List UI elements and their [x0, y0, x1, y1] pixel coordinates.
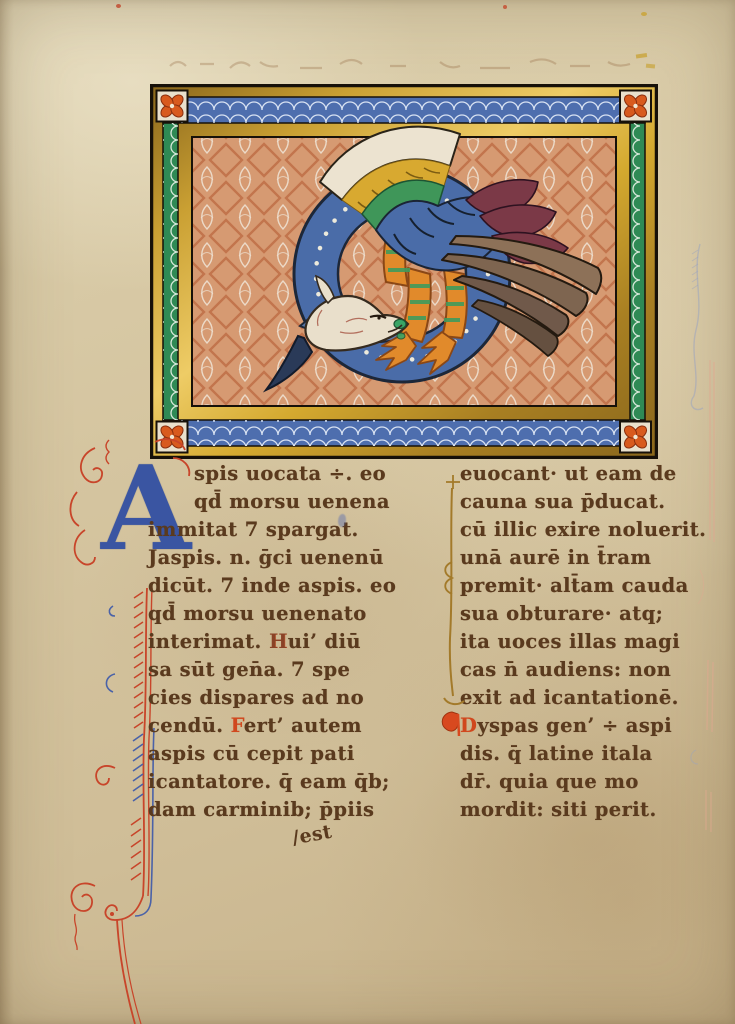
text-line: cendū. Fert’ autem [148, 714, 440, 742]
text-line: spis uocata ÷. eo [148, 462, 440, 490]
correction-cross-mark [446, 475, 460, 489]
text-line: qd̄ morsu uenena [148, 490, 440, 518]
gold-speck [641, 12, 647, 16]
correction-line [444, 475, 464, 704]
text-line: aspis cū cepit pati [148, 742, 440, 770]
gold-fleck [646, 64, 655, 69]
gold-fleck [636, 53, 647, 58]
text-line: dam carminib; p̄piis [148, 798, 440, 826]
show-through-text [140, 44, 660, 80]
intercolumn-marks [436, 458, 476, 748]
show-through-flourish [680, 230, 734, 870]
text-line: sa sūt gen̄a. 7 spe [148, 658, 440, 686]
text-line: icantatore. q̄ eam q̄b; [148, 770, 440, 798]
text-line: qd̄ morsu uenenato [148, 602, 440, 630]
text-line: dicūt. 7 inde aspis. eo [148, 574, 440, 602]
text-line: Jaspis. n. ḡci uenenū [148, 546, 440, 574]
red-speck [503, 5, 507, 9]
text-column-left: spis uocata ÷. eoqd̄ morsu uenenaimmitat… [148, 462, 440, 826]
red-speck [116, 4, 121, 8]
text-line: interimat. Hui’ diū [148, 630, 440, 658]
rubric-paragraph-mark [442, 712, 459, 736]
blue-filigree [106, 606, 154, 916]
asp-miniature [150, 84, 658, 459]
manuscript-page: A spis uocata ÷. eoqd̄ morsu uenenaimmit… [0, 0, 735, 1024]
text-line: immitat 7 spargat. [148, 518, 440, 546]
text-line: cies dispares ad no [148, 686, 440, 714]
